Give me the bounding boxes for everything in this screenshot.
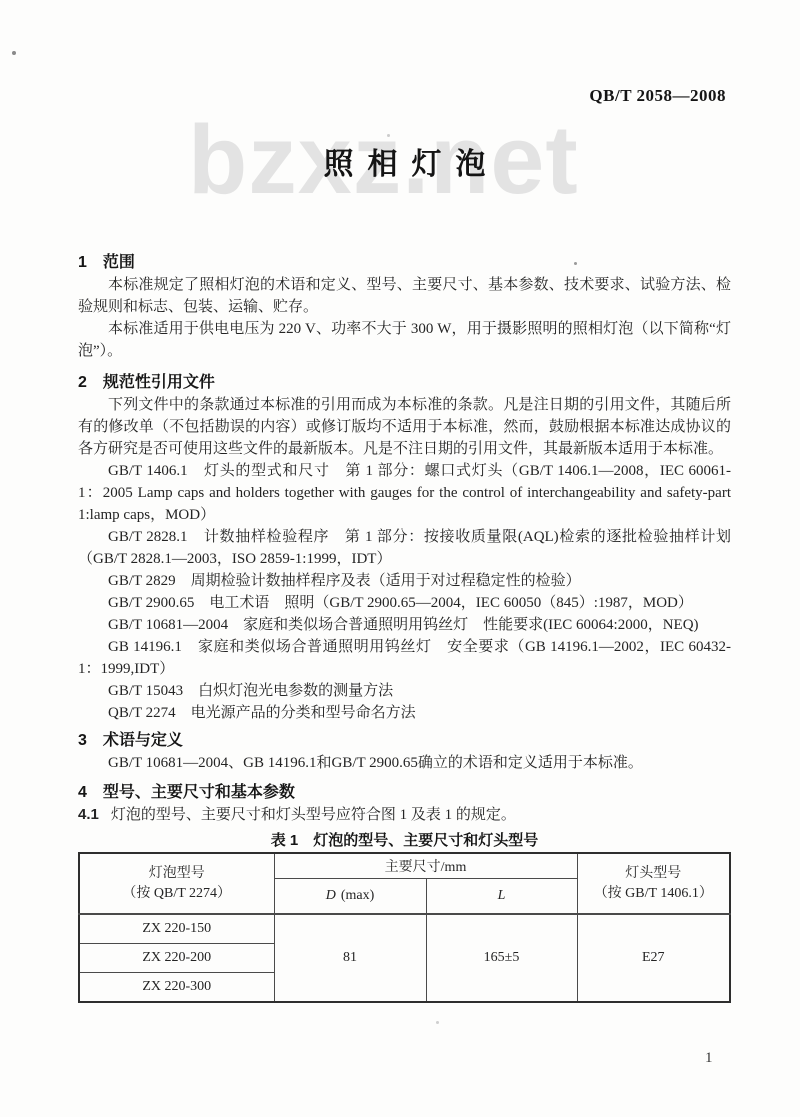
diameter-symbol: D bbox=[326, 888, 336, 903]
reference-item: GB/T 2828.1 计数抽样检验程序 第 1 部分：按接收质量限(AQL)检… bbox=[78, 526, 731, 570]
column-header-diameter: D(max) bbox=[274, 879, 426, 915]
reference-item: GB/T 2829 周期检验计数抽样程序及表（适用于对过程稳定性的检验） bbox=[78, 570, 731, 592]
table-cell-model: ZX 220-200 bbox=[79, 944, 274, 973]
column-header-dimensions: 主要尺寸/mm bbox=[274, 853, 577, 879]
table-cell-diameter-value: 81 bbox=[274, 914, 426, 1002]
clause-text: 灯泡的型号、主要尺寸和灯头型号应符合图 1 及表 1 的规定。 bbox=[111, 807, 516, 823]
reference-item: GB/T 10681—2004 家庭和类似场合普通照明用钨丝灯 性能要求(IEC… bbox=[78, 614, 731, 636]
reference-item: GB/T 1406.1 灯头的型式和尺寸 第 1 部分：螺口式灯头（GB/T 1… bbox=[78, 460, 731, 526]
diameter-max-label: (max) bbox=[341, 888, 374, 903]
document-page: bzxz.net QB/T 2058—2008 照相灯泡 1 范围 本标准规定了… bbox=[0, 0, 800, 1117]
column-header-length: L bbox=[426, 879, 577, 915]
table-cell-length-value: 165±5 bbox=[426, 914, 577, 1002]
table-cell-model: ZX 220-300 bbox=[79, 973, 274, 1003]
column-header-bulb-model: 灯泡型号 （按 QB/T 2274） bbox=[79, 853, 274, 914]
page-number: 1 bbox=[705, 1050, 713, 1067]
reference-item: GB/T 2900.65 电工术语 照明（GB/T 2900.65—2004，I… bbox=[78, 592, 731, 614]
section-heading-scope: 1 范围 bbox=[78, 252, 731, 274]
column-header-bulb-model-line2: （按 QB/T 2274） bbox=[82, 884, 272, 904]
reference-item: QB/T 2274 电光源产品的分类和型号命名方法 bbox=[78, 702, 731, 724]
scan-speck bbox=[436, 1021, 439, 1024]
scope-paragraph-2: 本标准适用于供电电压为 220 V、功率不大于 300 W，用于摄影照明的照相灯… bbox=[78, 318, 731, 362]
clause-number: 4.1 bbox=[78, 806, 99, 823]
table-bulb-models: 灯泡型号 （按 QB/T 2274） 主要尺寸/mm 灯头型号 （按 GB/T … bbox=[78, 852, 731, 1003]
terms-paragraph: GB/T 10681—2004、GB 14196.1和GB/T 2900.65确… bbox=[78, 752, 731, 774]
clause-4-1: 4.1灯泡的型号、主要尺寸和灯头型号应符合图 1 及表 1 的规定。 bbox=[78, 804, 731, 826]
document-title: 照相灯泡 bbox=[78, 144, 731, 186]
table-cell-model: ZX 220-150 bbox=[79, 914, 274, 944]
reference-item: GB 14196.1 家庭和类似场合普通照明用钨丝灯 安全要求（GB 14196… bbox=[78, 636, 731, 680]
reference-item: GB/T 15043 白炽灯泡光电参数的测量方法 bbox=[78, 680, 731, 702]
standard-code: QB/T 2058—2008 bbox=[589, 86, 726, 106]
normative-references-intro: 下列文件中的条款通过本标准的引用而成为本标准的条款。凡是注日期的引用文件，其随后… bbox=[78, 394, 731, 460]
scan-speck bbox=[12, 51, 16, 55]
scope-paragraph-1: 本标准规定了照相灯泡的术语和定义、型号、主要尺寸、基本参数、技术要求、试验方法、… bbox=[78, 274, 731, 318]
page-content: 照相灯泡 1 范围 本标准规定了照相灯泡的术语和定义、型号、主要尺寸、基本参数、… bbox=[78, 0, 731, 1003]
section-heading-model: 4 型号、主要尺寸和基本参数 bbox=[78, 782, 731, 804]
section-heading-terms: 3 术语与定义 bbox=[78, 730, 731, 752]
section-heading-normative-references: 2 规范性引用文件 bbox=[78, 372, 731, 394]
table-cell-cap-value: E27 bbox=[577, 914, 730, 1002]
column-header-cap-model-line1: 灯头型号 bbox=[580, 864, 728, 884]
column-header-bulb-model-line1: 灯泡型号 bbox=[82, 864, 272, 884]
table-caption: 表 1 灯泡的型号、主要尺寸和灯头型号 bbox=[78, 830, 731, 852]
column-header-cap-model-line2: （按 GB/T 1406.1） bbox=[580, 884, 728, 904]
column-header-cap-model: 灯头型号 （按 GB/T 1406.1） bbox=[577, 853, 730, 914]
length-symbol: L bbox=[498, 888, 506, 903]
